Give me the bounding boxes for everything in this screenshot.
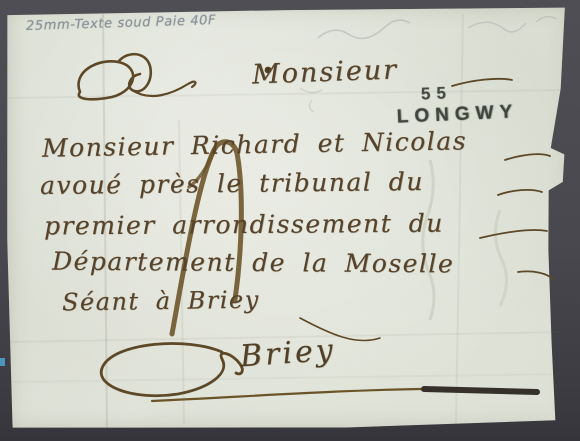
- address-line-5: Séant à Briey: [62, 286, 260, 317]
- address-line-3: premier arrondissement du: [44, 209, 444, 241]
- address-line-2: avoué près le tribunal du: [40, 167, 424, 200]
- address-line-4: Département de la Moselle: [52, 247, 454, 279]
- destination-briey: Briey: [239, 333, 337, 375]
- postmark-longwy: 55 LONGWY: [380, 80, 534, 130]
- salutation-monsieur: Monsieur: [252, 54, 399, 90]
- letter-photo: 25mm-Texte soud Paie 40F Monsieur 55 LON…: [0, 0, 580, 441]
- blue-fleck: [0, 358, 5, 366]
